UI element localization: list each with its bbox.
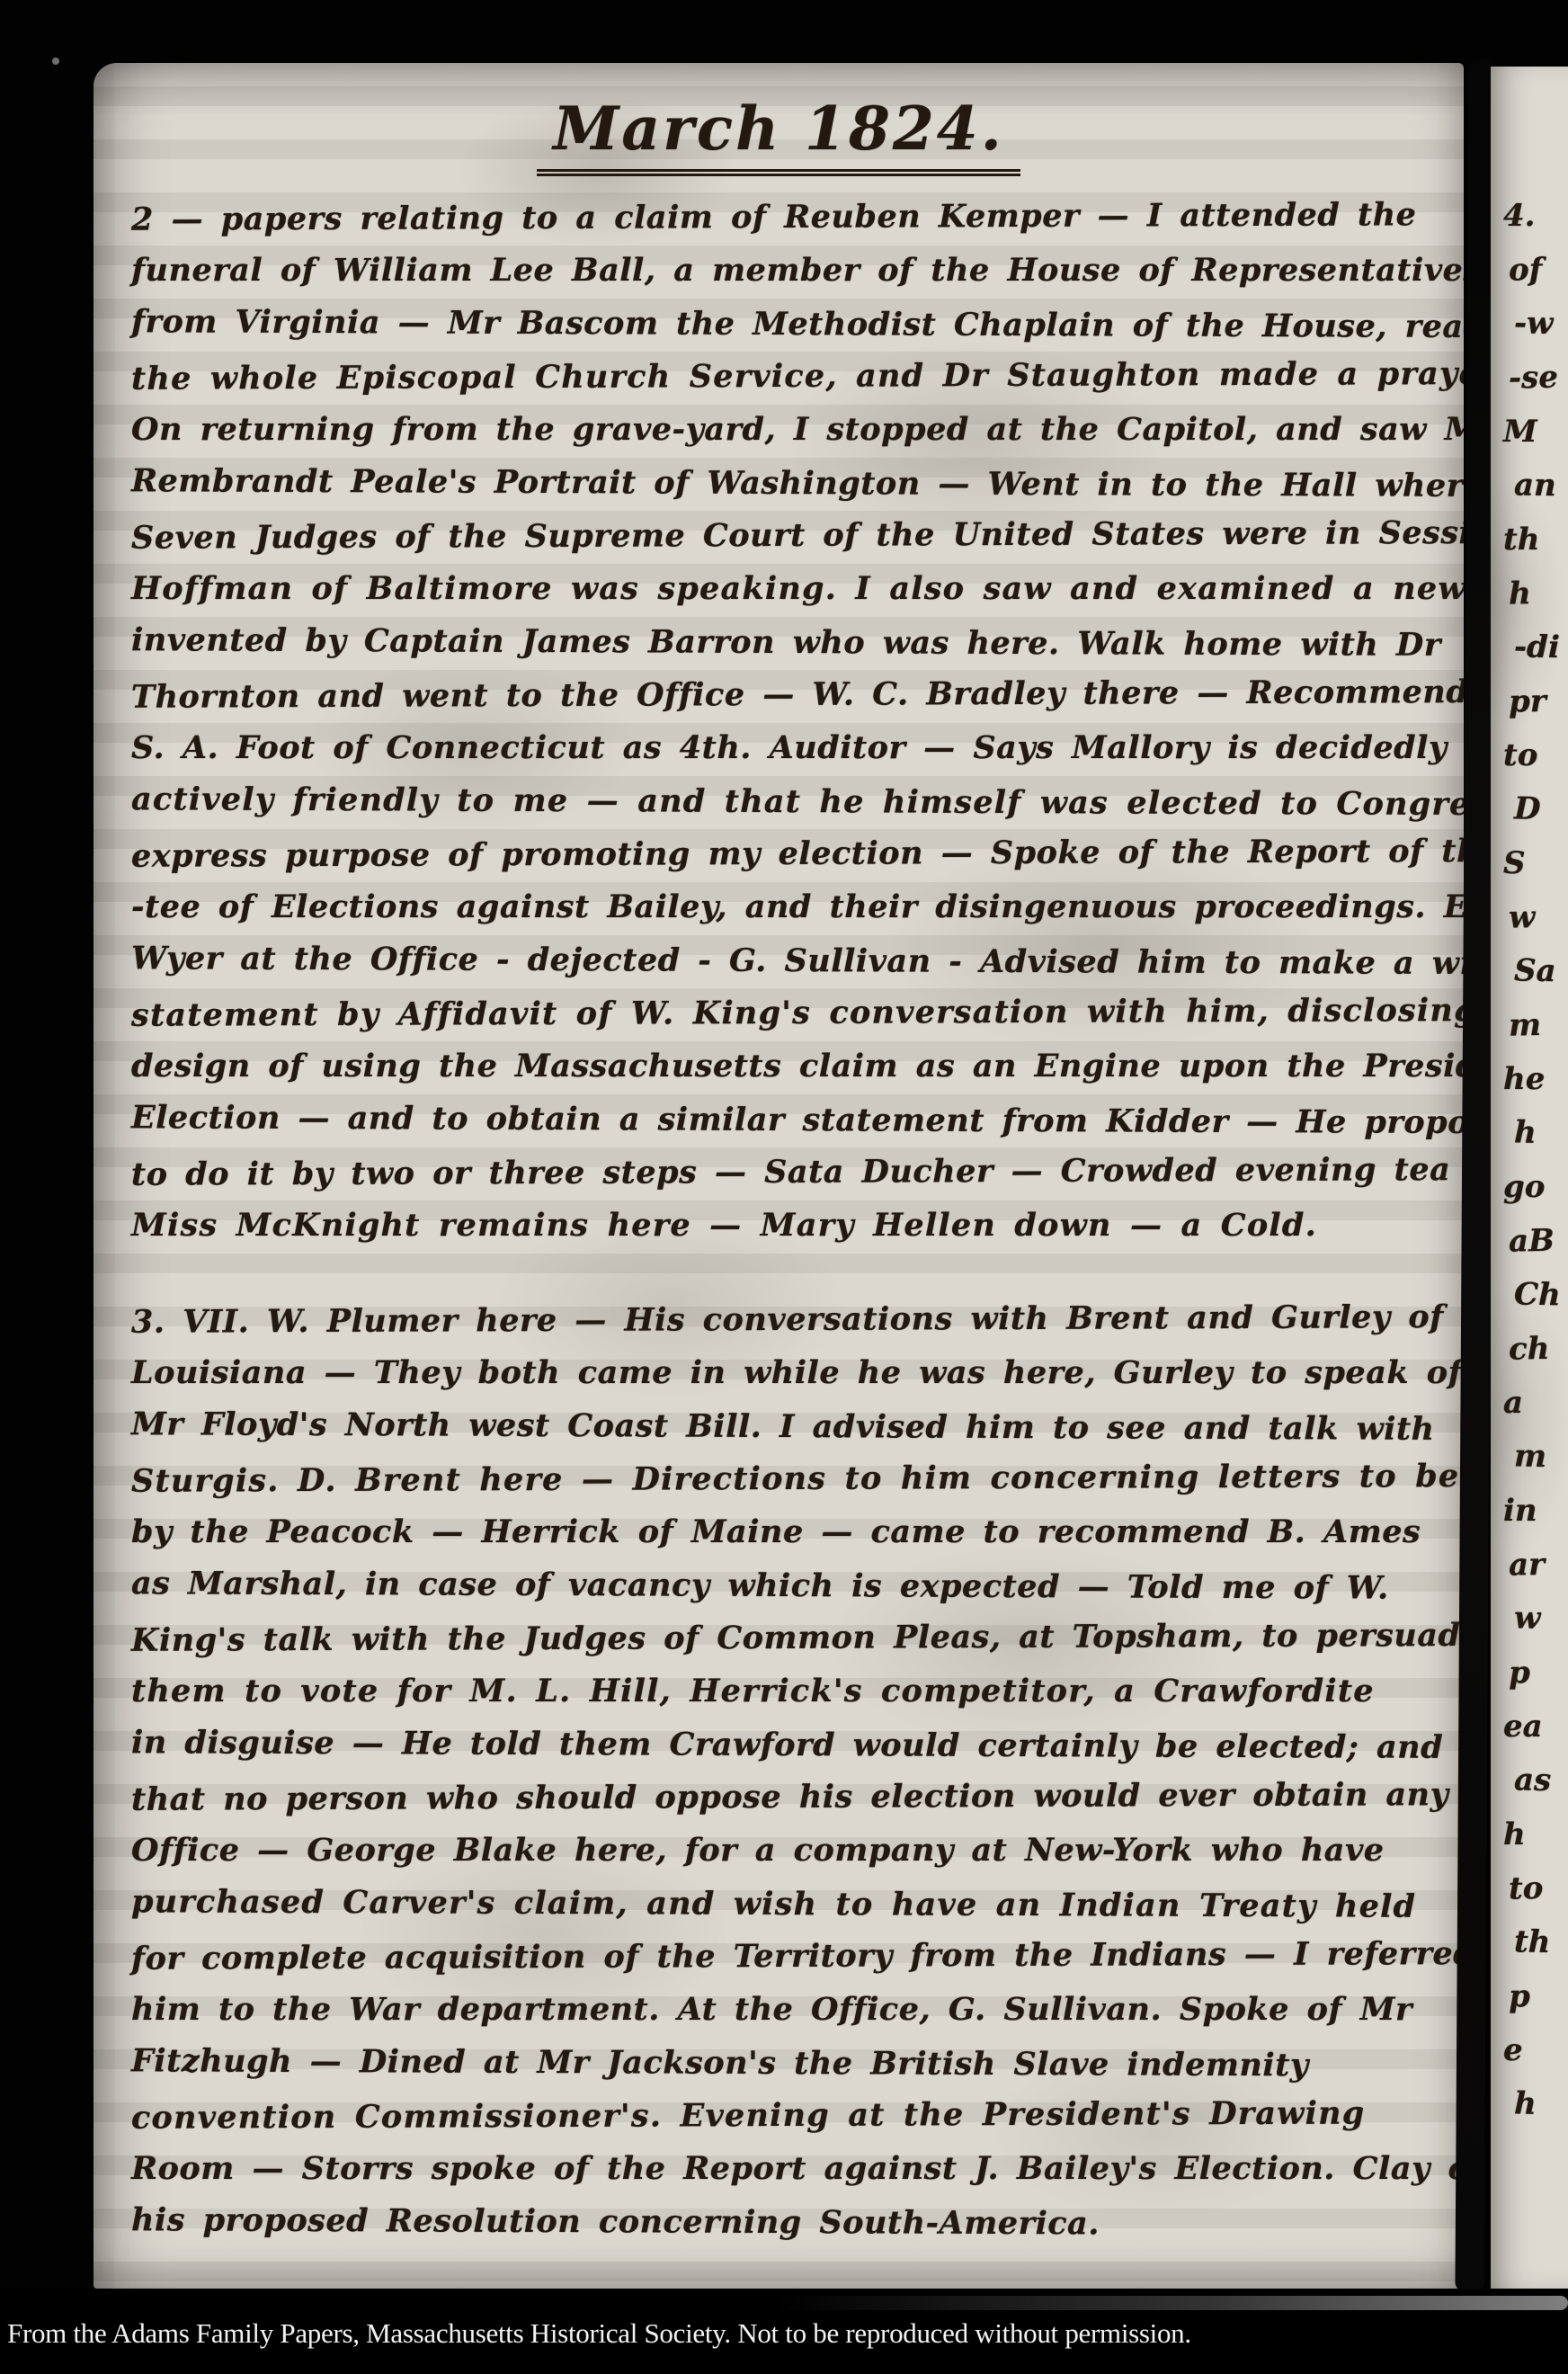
- scanned-manuscript-view: March 1824. 2 — papers relating to a cla…: [0, 0, 1568, 2374]
- page-fragment: aB: [1508, 1213, 1568, 1268]
- page-fragment: h: [1513, 1105, 1568, 1160]
- page-fragment: ch: [1508, 1321, 1568, 1376]
- page-fragment: m: [1508, 997, 1568, 1052]
- page-fragment: go: [1503, 1160, 1568, 1214]
- page-fragment: h: [1513, 2076, 1568, 2131]
- page-fragment: h: [1503, 1807, 1568, 1861]
- entry-line: Election — and to obtain a similar state…: [131, 1091, 1426, 1149]
- page-fragment: e: [1503, 2023, 1568, 2077]
- page-fragment: as: [1513, 1753, 1568, 1807]
- adjacent-page-sliver: 4.of-w-seManthh-diprtoDSwSamhehgoaBChcha…: [1491, 67, 1568, 2289]
- page-fragment: w: [1513, 1591, 1568, 1646]
- scan-speck: [52, 58, 59, 65]
- entry-line: them to vote for M. L. Hill, Herrick's c…: [131, 1664, 1426, 1718]
- page-fragment: Ch: [1513, 1267, 1568, 1322]
- entry-line: his proposed Resolution concerning South…: [131, 2193, 1426, 2252]
- bottom-band: From the Adams Family Papers, Massachuse…: [0, 2289, 1568, 2374]
- manuscript-page: March 1824. 2 — papers relating to a cla…: [94, 63, 1464, 2289]
- entry-line: statement by Affidavit of W. King's conv…: [131, 984, 1426, 1042]
- entry-line: Thornton and went to the Office — W. C. …: [131, 665, 1426, 724]
- page-fragment: th: [1503, 513, 1568, 567]
- diary-entry-march-2: 2 — papers relating to a claim of Reuben…: [131, 191, 1426, 1252]
- entry-line: 2 — papers relating to a claim of Reuben…: [131, 188, 1426, 246]
- page-fragment: 4.: [1503, 189, 1568, 243]
- entry-line: Room — Storrs spoke of the Report agains…: [131, 2142, 1426, 2195]
- entry-line: invented by Captain James Barron who was…: [131, 613, 1426, 672]
- page-fragment: M: [1503, 405, 1568, 459]
- page-fragment: S: [1503, 836, 1568, 890]
- entry-line: Sturgis. D. Brent here — Directions to h…: [131, 1450, 1426, 1508]
- entry-line: Mr Floyd's North west Coast Bill. I advi…: [131, 1397, 1426, 1456]
- entry-line: convention Commissioner's. Evening at th…: [131, 2086, 1426, 2145]
- entry-line: Office — George Blake here, for a compan…: [131, 1824, 1426, 1877]
- entry-line: express purpose of promoting my election…: [131, 825, 1426, 883]
- page-fragment: -di: [1513, 620, 1568, 674]
- page-fragment: ar: [1508, 1537, 1568, 1592]
- entry-line: the whole Episcopal Church Service, and …: [131, 347, 1426, 406]
- entry-line: -tee of Elections against Bailey, and th…: [131, 880, 1426, 933]
- page-fragment: w: [1508, 889, 1568, 944]
- entry-line: S. A. Foot of Connecticut as 4th. Audito…: [131, 721, 1426, 774]
- page-fragment: h: [1508, 566, 1568, 620]
- entry-line: Miss McKnight remains here — Mary Hellen…: [131, 1199, 1426, 1252]
- page-fragment: m: [1513, 1429, 1568, 1484]
- entry-line: On returning from the grave-yard, I stop…: [131, 403, 1426, 456]
- diary-entry-march-3: 3. VII. W. Plumer here — His conversatio…: [131, 1293, 1426, 2248]
- page-fragment: D: [1513, 781, 1568, 836]
- entry-line: design of using the Massachusetts claim …: [131, 1040, 1426, 1093]
- entry-line: Fitzhugh — Dined at Mr Jackson's the Bri…: [131, 2034, 1426, 2093]
- page-fragment: -se: [1508, 350, 1568, 405]
- credit-line: From the Adams Family Papers, Massachuse…: [7, 2317, 1191, 2350]
- entry-line: King's talk with the Judges of Common Pl…: [131, 1609, 1426, 1667]
- entry-line: Louisiana — They both came in while he w…: [131, 1346, 1426, 1399]
- entry-line: Hoffman of Baltimore was speaking. I als…: [131, 562, 1426, 615]
- entry-line: funeral of William Lee Ball, a member of…: [131, 244, 1426, 297]
- page-fragment: an: [1513, 458, 1568, 513]
- page-fragment: Sa: [1513, 943, 1568, 998]
- page-fragment: in: [1503, 1484, 1568, 1538]
- page-fragment: a: [1503, 1376, 1568, 1430]
- page-fragment: he: [1503, 1052, 1568, 1106]
- page-fragment: to: [1508, 1861, 1568, 1915]
- diary-entries: 2 — papers relating to a claim of Reuben…: [131, 191, 1426, 2289]
- adjacent-page-fragments: 4.of-w-seManthh-diprtoDSwSamhehgoaBChcha…: [1491, 67, 1568, 2131]
- page-fragment: of: [1508, 242, 1568, 297]
- page-fragment: th: [1513, 1914, 1568, 1969]
- entry-line: from Virginia — Mr Bascom the Methodist …: [131, 295, 1426, 353]
- entry-line: 3. VII. W. Plumer here — His conversatio…: [131, 1290, 1426, 1349]
- page-fragment: to: [1503, 728, 1568, 782]
- entry-line: him to the War department. At the Office…: [131, 1983, 1426, 2036]
- entry-line: Wyer at the Office - dejected - G. Sulli…: [131, 932, 1426, 990]
- entry-line: that no person who should oppose his ele…: [131, 1768, 1426, 1826]
- entry-line: by the Peacock — Herrick of Maine — came…: [131, 1505, 1426, 1558]
- entry-line: in disguise — He told them Crawford woul…: [131, 1716, 1426, 1774]
- entry-line: Seven Judges of the Supreme Court of the…: [131, 506, 1426, 565]
- page-fragment: p: [1508, 1968, 1568, 2023]
- entry-line: Rembrandt Peale's Portrait of Washington…: [131, 454, 1426, 513]
- page-fragment: p: [1508, 1645, 1568, 1700]
- scan-artifact: [773, 2296, 1568, 2310]
- entry-line: purchased Carver's claim, and wish to ha…: [131, 1875, 1426, 1933]
- entry-line: to do it by two or three steps — Sata Du…: [131, 1143, 1426, 1201]
- page-title: March 1824.: [537, 94, 1020, 176]
- entry-line: actively friendly to me — and that he hi…: [131, 772, 1426, 831]
- page-fragment: -w: [1513, 296, 1568, 351]
- entry-line: as Marshal, in case of vacancy which is …: [131, 1557, 1426, 1615]
- page-fragment: ea: [1503, 1700, 1568, 1754]
- entry-line: for complete acquisition of the Territor…: [131, 1927, 1426, 1986]
- title-row: March 1824.: [94, 94, 1464, 176]
- page-fragment: pr: [1508, 674, 1568, 728]
